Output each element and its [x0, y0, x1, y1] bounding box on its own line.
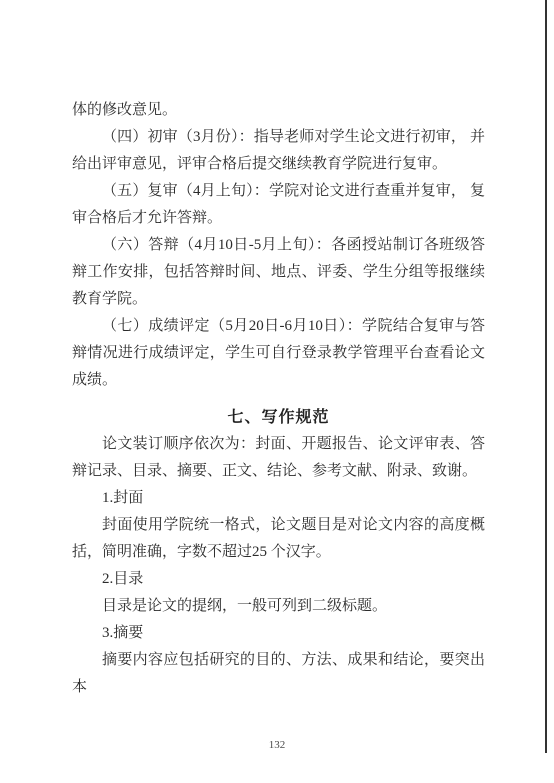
paragraph-binding-order: 论文装订顺序依次为：封面、开题报告、论文评审表、答辩记录、目录、摘要、正文、结论…: [72, 431, 485, 485]
scan-artifact-line: [545, 0, 547, 753]
subheading-contents: 2.目录: [72, 566, 485, 593]
paragraph-cover-detail: 封面使用学院统一格式，论文题目是对论文内容的高度概括，简明准确，字数不超过25 …: [72, 512, 485, 566]
document-page: 体的修改意见。 （四）初审（3月份）：指导老师对学生论文进行初审， 并给出评审意…: [0, 0, 554, 783]
page-number: 132: [269, 739, 286, 751]
page-footer: 132: [0, 738, 554, 753]
paragraph-item-second-review: （五）复审（4月上旬）：学院对论文进行查重并复审， 复审合格后才允许答辩。: [72, 178, 485, 232]
paragraph-item-grading: （七）成绩评定（5月20日-6月10日）：学院结合复审与答辩情况进行成绩评定，学…: [72, 313, 485, 394]
paragraph-item-defense: （六）答辩（4月10日-5月上旬）：各函授站制订各班级答辩工作安排，包括答辩时间…: [72, 232, 485, 313]
paragraph-item-first-review: （四）初审（3月份）：指导老师对学生论文进行初审， 并给出评审意见，评审合格后提…: [72, 124, 485, 178]
document-body: 体的修改意见。 （四）初审（3月份）：指导老师对学生论文进行初审， 并给出评审意…: [72, 97, 485, 701]
section-heading-writing-standards: 七、写作规范: [72, 404, 485, 431]
subheading-cover: 1.封面: [72, 485, 485, 512]
paragraph-abstract-detail: 摘要内容应包括研究的目的、方法、成果和结论，要突出本: [72, 647, 485, 701]
paragraph-contents-detail: 目录是论文的提纲，一般可列到二级标题。: [72, 593, 485, 620]
subheading-abstract: 3.摘要: [72, 620, 485, 647]
paragraph-continuation: 体的修改意见。: [72, 97, 485, 124]
